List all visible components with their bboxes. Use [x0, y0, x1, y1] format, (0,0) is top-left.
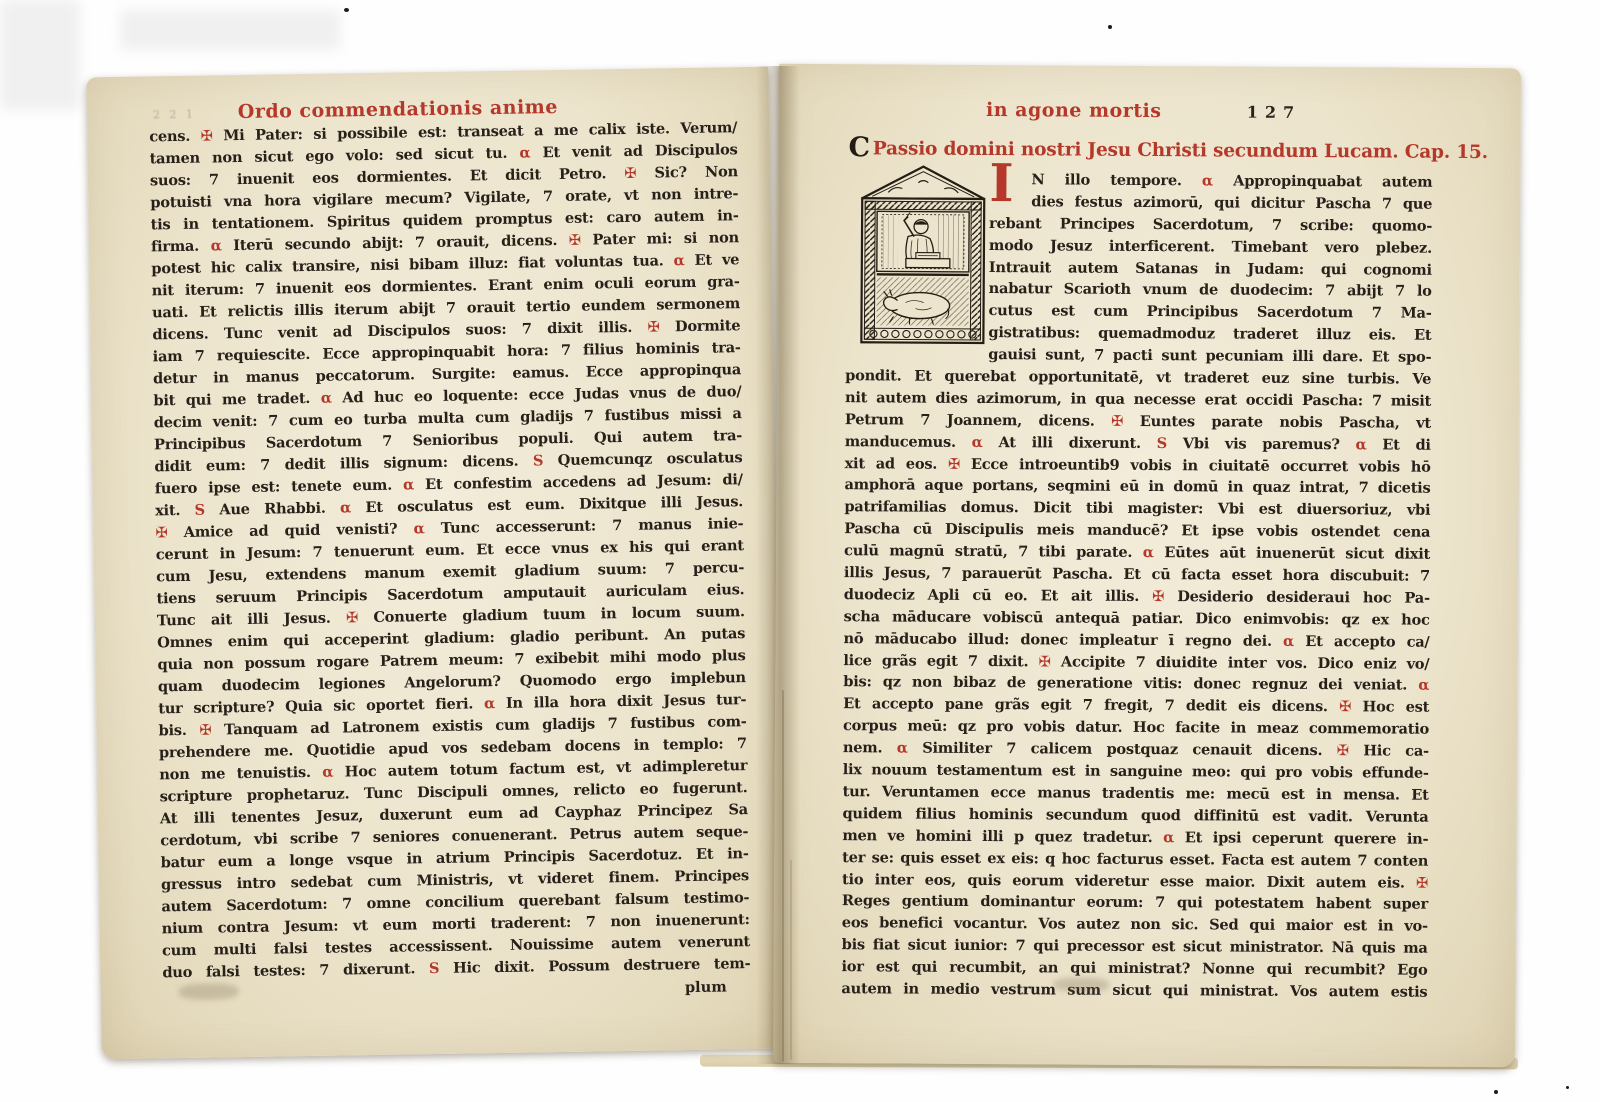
text-run: Hoc est	[1351, 699, 1429, 716]
text-run: gauisi sunt, 7 pacti sunt pecuniam illi …	[988, 346, 1431, 366]
text-run: patrifamilias domus. Dicit tibi magister…	[844, 499, 1430, 520]
text-run: ter se: quis esset ex eis: q hoc facturu…	[842, 849, 1428, 870]
speaker-rubric: α	[322, 764, 333, 781]
text-run: didit eum: 7 dedit illis signum: dicens.	[154, 452, 533, 475]
text-line: rebant Principes Sacerdotum, 7 scribe: q…	[989, 213, 1432, 238]
text-run: Tunc ait illi Jesus.	[157, 609, 346, 629]
rubric-cross-icon: ✠	[1111, 413, 1123, 430]
text-line: cutus est cum Principibus Sacerdotum 7 M…	[988, 300, 1431, 325]
text-run: duo falsi testes: 7 dixerunt.	[162, 960, 429, 981]
fold-crease	[790, 860, 792, 1060]
text-run: Sic? Non	[636, 163, 738, 182]
right-page: in agone mortis 127 CPassio domini nostr…	[773, 64, 1521, 1068]
text-run: Hic dixit. Possum destruere tem-	[439, 955, 750, 977]
scanner-streak	[0, 0, 80, 110]
fold-crease	[782, 690, 784, 1062]
text-run: amphorā aque portans, seqmini eū in domū…	[844, 477, 1430, 498]
text-run: rebant Principes Sacerdotum, 7 scribe: q…	[989, 215, 1432, 235]
text-run: Hic ca-	[1349, 742, 1429, 759]
text-line: N illo tempore. α Appropinquabat autem	[1031, 169, 1432, 193]
rubric-cross-icon: ✠	[199, 722, 211, 739]
text-run: Vbi vis paremus?	[1167, 435, 1356, 453]
speaker-rubric: α	[484, 695, 495, 712]
text-run: At illi dixerunt.	[983, 434, 1157, 452]
text-run: bis: qz non bibaz de generatione vitis: …	[843, 674, 1418, 695]
speaker-rubric: α	[1202, 172, 1213, 189]
text-run: Dormite	[659, 317, 740, 335]
text-run: nō māducabo illud: donec impleatur ī reg…	[843, 630, 1283, 650]
text-run: quidem filius hominis secundum quod diff…	[842, 805, 1428, 826]
text-run: eos benefici vocantur. Vos autez non sic…	[842, 914, 1428, 935]
bleedthrough-smudge	[1053, 977, 1109, 991]
rubric-cross-icon: ✠	[201, 127, 213, 144]
text-run: Et accepto pane grãs egit 7 fregit, 7 de…	[843, 696, 1339, 716]
text-run: nabatur Scarioth vnum de duodecim: 7 abi…	[989, 280, 1432, 300]
text-line: gistratibus: quemadmoduz traderet illuz …	[988, 322, 1431, 347]
speaker-rubric: α	[1143, 544, 1154, 561]
text-run: Appropinquabat autem	[1213, 172, 1433, 190]
text-run: culū magnū stratū, 7 tibi parate.	[844, 542, 1143, 561]
speaker-rubric: α	[413, 520, 424, 537]
speaker-rubric: α	[340, 499, 351, 516]
rubric-cross-icon: ✠	[155, 524, 167, 541]
text-run: Et ipsi ceperunt querere in-	[1174, 829, 1428, 848]
rubric-cross-icon: ✠	[1152, 588, 1164, 605]
gutter-shadow	[756, 66, 800, 1064]
dust-speck	[1566, 1086, 1569, 1089]
speaker-rubric: S	[533, 452, 544, 469]
text-run: xit ad eos.	[845, 455, 949, 473]
text-run: autem in medio vestrum sum sicut qui min…	[841, 980, 1427, 1001]
text-run: Et osculatus est eum. Dixitque illi Jesu…	[351, 493, 743, 516]
text-run: tio inter eos, quis eorum videretur esse…	[842, 871, 1416, 892]
text-run: fuero ipse est: tenete eum.	[155, 476, 404, 497]
title-text: Passio domini nostri Jesu Christi secund…	[873, 138, 1488, 163]
speaker-rubric: α	[1163, 829, 1174, 846]
text-run: gistratibus: quemadmoduz traderet illuz …	[988, 324, 1431, 344]
text-run: Eūtes aūt inuenerūt sicut dixit	[1154, 544, 1430, 563]
text-run: In illa hora dixit Jesus tur-	[495, 691, 746, 712]
dust-speck	[1494, 1090, 1498, 1094]
speaker-rubric: α	[321, 390, 332, 407]
text-run: N illo tempore.	[1031, 171, 1202, 189]
speaker-rubric: α	[1283, 633, 1294, 650]
text-run: Ecce introeuntib9 vobis in ciuitatē occu…	[960, 455, 1431, 475]
text-line: nabatur Scarioth vnum de duodecim: 7 abi…	[989, 278, 1432, 303]
speaker-rubric: S	[194, 502, 205, 519]
text-run: non me tenuistis.	[159, 764, 322, 784]
text-run: bis.	[158, 722, 199, 740]
text-line: Petrum 7 Joannem, dicens. ✠ Euntes parat…	[845, 409, 1431, 434]
speaker-rubric: α	[403, 476, 414, 493]
pencil-annotation: 2 2 1	[153, 108, 196, 122]
rubric-cross-icon: ✠	[1339, 699, 1351, 716]
text-run: men ve homini illi p quez tradetur.	[842, 827, 1163, 846]
text-run: Similiter 7 calicem postquaz cenauit dic…	[908, 740, 1337, 760]
speaker-rubric: α	[1355, 436, 1366, 453]
text-run: Desiderio desideraui hoc Pa-	[1164, 588, 1430, 607]
text-run: corpus meū: qz pro vobis datur. Hoc faci…	[843, 717, 1429, 738]
text-run: Quemcunqz osculatus	[543, 449, 742, 469]
left-text-column: cens. ✠ Mi Pater: si possibile est: tran…	[149, 117, 751, 1008]
text-run: Conuerte gladium tuum in locum suum.	[358, 603, 745, 626]
text-run: Et venit ad Discipulos	[530, 141, 737, 161]
text-run: firma.	[151, 237, 211, 255]
text-run: illis Jesus, 7 parauerūt Pascha. Et cū f…	[844, 564, 1430, 585]
dust-speck	[1108, 25, 1112, 29]
text-line: ter se: quis esset ex eis: q hoc facturu…	[842, 847, 1428, 872]
title-initial: C	[848, 132, 869, 163]
right-text-column: N illo tempore. α Appropinquabat autemdi…	[841, 168, 1432, 1003]
text-run: Et accepto ca/	[1294, 633, 1430, 651]
text-run: cens.	[149, 128, 201, 146]
rubric-cross-icon: ✠	[569, 232, 581, 249]
left-page: 2 2 1 Ordo commendationis anime cens. ✠ …	[86, 67, 783, 1060]
text-run: xit.	[155, 502, 195, 520]
text-line: quidem filius hominis secundum quod diff…	[842, 803, 1428, 828]
speaker-rubric: α	[519, 144, 530, 161]
text-line: scha māducare vobiscū antequā patiar. Di…	[844, 606, 1430, 631]
scanner-streak	[120, 10, 340, 50]
running-header-right: in agone mortis	[939, 99, 1209, 123]
page-number: 127	[1247, 103, 1302, 122]
text-run: Ad huc eo loquente: ecce Judas vnus de d…	[332, 383, 742, 406]
text-run: Iterū secundo abijt: 7 orauit, dicens.	[221, 232, 569, 254]
text-line: autem in medio vestrum sum sicut qui min…	[841, 978, 1427, 1003]
text-line: modo Jesuz interficerent. Timebant vero …	[989, 235, 1432, 260]
text-run: scha māducare vobiscū antequā patiar. Di…	[844, 608, 1430, 629]
rubric-cross-icon: ✠	[1337, 742, 1349, 759]
rubric-cross-icon: ✠	[647, 318, 659, 335]
text-line: Intrauit autem Satanas in Judam: qui cog…	[989, 257, 1432, 282]
text-run: cutus est cum Principibus Sacerdotum 7 M…	[989, 302, 1432, 322]
speaker-rubric: α	[673, 252, 684, 269]
text-run: Accipite 7 diuidite inter vos. Dico eniz…	[1051, 653, 1430, 672]
speaker-rubric: S	[1157, 435, 1167, 452]
rubric-cross-icon: ✠	[1039, 653, 1051, 670]
text-run: manducemus.	[845, 433, 972, 451]
text-run: Et confestim accedens ad Jesum: di/	[414, 471, 743, 493]
text-run: Et di	[1366, 436, 1430, 453]
text-line: dies festus azimorū, qui dicitur Pascha …	[1031, 191, 1432, 215]
text-run: tamen non sicut ego volo: sed sicut tu.	[149, 145, 519, 168]
speaker-rubric: S	[429, 960, 440, 977]
text-run: Pater mi: si non	[581, 229, 739, 248]
text-line: manducemus. α At illi dixerunt. S Vbi vi…	[845, 431, 1431, 456]
speaker-rubric: α	[1418, 677, 1429, 694]
text-line: men ve homini illi p quez tradetur. α Et…	[842, 825, 1428, 850]
dust-speck	[344, 8, 349, 12]
pencil-smudge	[179, 983, 239, 1000]
text-run: ior est qui recumbit, an qui ministrat? …	[841, 958, 1427, 979]
text-run: Euntes parate nobis Pascha, vt	[1123, 413, 1431, 432]
running-header-left: Ordo commendationis anime	[205, 95, 591, 123]
text-run: bit qui me tradet.	[153, 390, 321, 410]
text-run: nem.	[843, 739, 897, 756]
text-run: tur scripture? Quia sic oportet fieri.	[158, 695, 484, 717]
text-run: lix nouum testamentum est in sanguine me…	[843, 761, 1429, 782]
text-run: lice grãs egit 7 dixit.	[843, 652, 1038, 670]
text-run: pondit. Et querebat opportunitatē, vt tr…	[845, 367, 1431, 388]
rubric-cross-icon: ✠	[1416, 874, 1428, 891]
text-run: Petrum 7 Joannem, dicens.	[845, 411, 1111, 430]
text-run: modo Jesuz interficerent. Timebant vero …	[989, 237, 1432, 257]
text-line: gauisi sunt, 7 pacti sunt pecuniam illi …	[988, 344, 1431, 369]
rubric-cross-icon: ✠	[948, 455, 960, 472]
text-run: nit autem dies azimorum, in qua necesse …	[845, 389, 1431, 410]
speaker-rubric: α	[897, 740, 908, 757]
text-run: bis fiat sicut iunior: 7 qui precessor e…	[842, 936, 1428, 957]
text-run: duodeciz Apli cū eo. Et ait illis.	[844, 586, 1152, 605]
book-scan: 2 2 1 Ordo commendationis anime cens. ✠ …	[0, 0, 1600, 1102]
text-run: tur. Veruntamen ecce manus tradentis me:…	[843, 783, 1429, 804]
text-run: Pascha cū Discipulis meis manducē? Et ip…	[844, 520, 1430, 541]
text-run: Aue Rhabbi.	[205, 499, 340, 518]
text-run: Reges gentium dominantur eorum: 7 qui po…	[842, 893, 1428, 914]
text-run: Et ve	[684, 251, 739, 269]
text-run: Amice ad quid venisti?	[167, 520, 413, 541]
text-run: Tunc accesserunt: 7 manus inie-	[424, 515, 743, 537]
speaker-rubric: α	[210, 237, 221, 254]
rubric-cross-icon: ✠	[346, 609, 358, 626]
text-line: nō māducabo illud: donec impleatur ī reg…	[843, 628, 1429, 653]
text-run: dies festus azimorū, qui dicitur Pascha …	[1031, 193, 1432, 212]
text-run: Intrauit autem Satanas in Judam: qui cog…	[989, 259, 1432, 279]
rubric-cross-icon: ✠	[624, 165, 636, 182]
speaker-rubric: α	[972, 434, 983, 451]
